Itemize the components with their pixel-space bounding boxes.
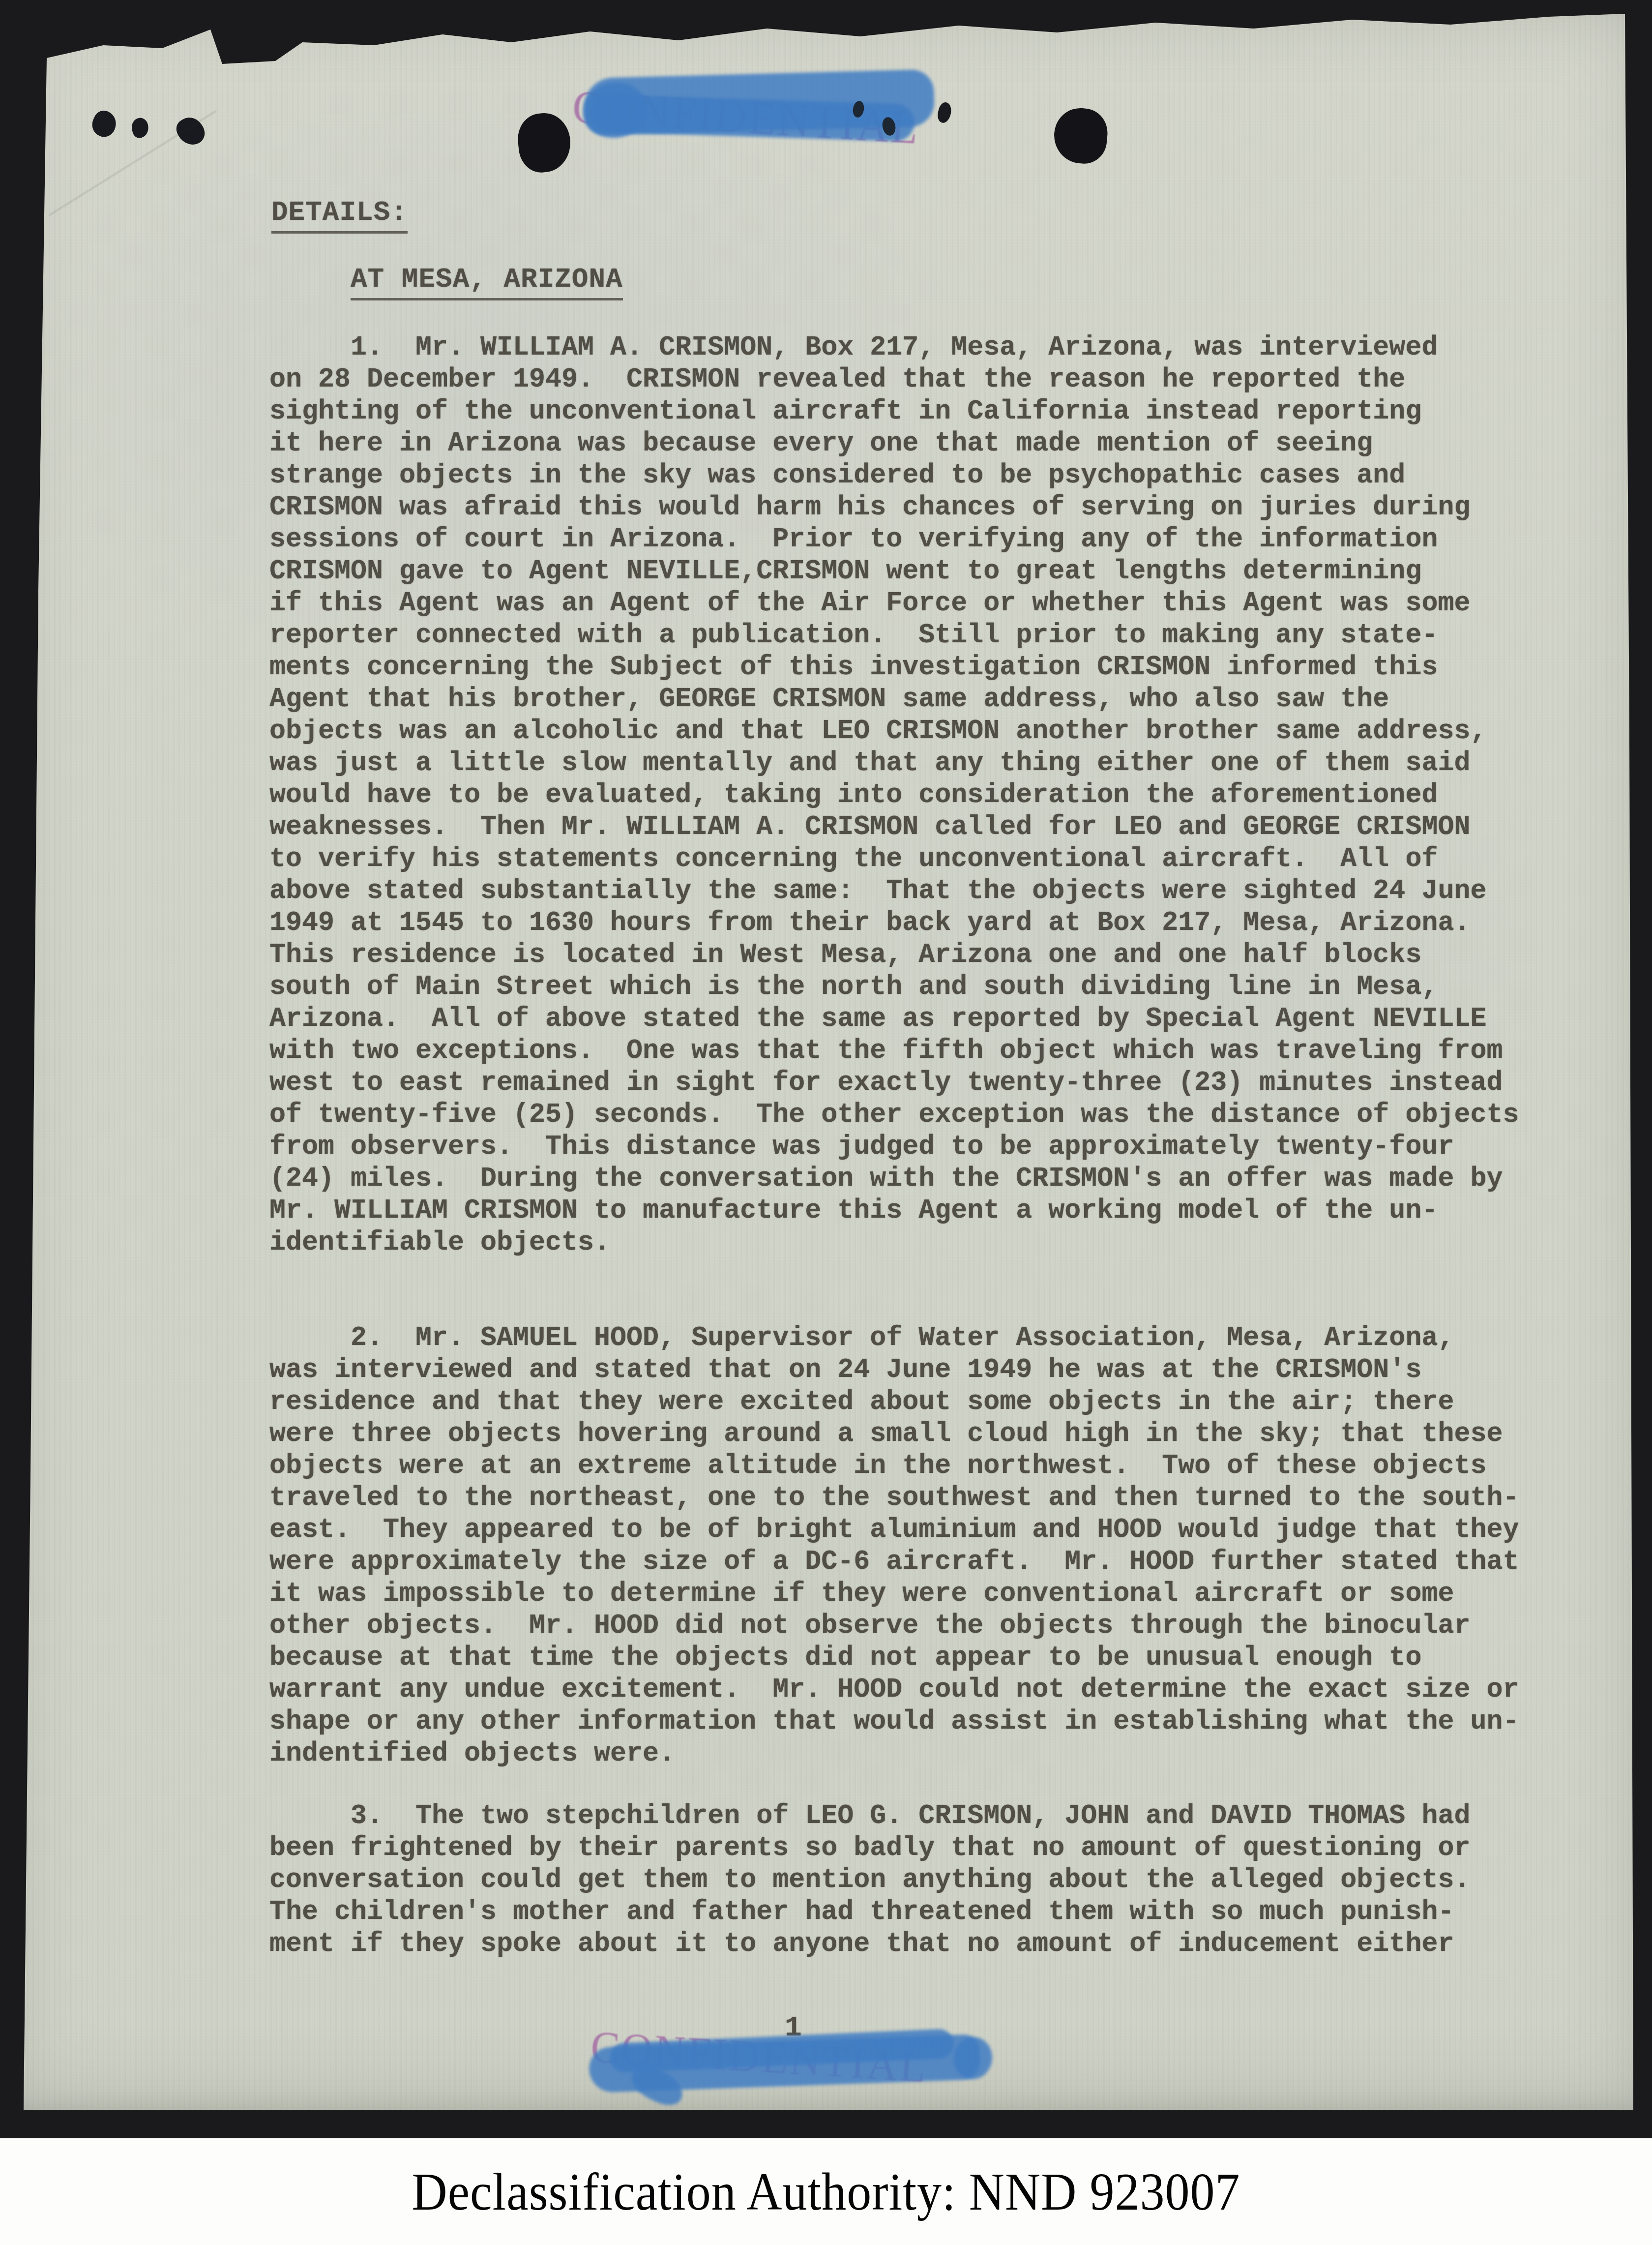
declassification-authority-text: Declassification Authority: NND 923007 [412, 2161, 1240, 2222]
declassification-footer-strip: Declassification Authority: NND 923007 [0, 2138, 1652, 2245]
location-subheading: AT MESA, ARIZONA [351, 264, 623, 300]
paragraph-3-stepchildren: 3. The two stepchildren of LEO G. CRISMO… [269, 1800, 1470, 1960]
paragraph-1-crismon-interview: 1. Mr. WILLIAM A. CRISMON, Box 217, Mesa… [269, 331, 1519, 1258]
details-heading: DETAILS: [271, 197, 408, 234]
paragraph-2-samuel-hood: 2. Mr. SAMUEL HOOD, Supervisor of Water … [269, 1322, 1519, 1769]
scanned-document-screen: CONFIDENTIAL DETAILS: AT MESA, ARIZONA 1… [0, 0, 1652, 2245]
